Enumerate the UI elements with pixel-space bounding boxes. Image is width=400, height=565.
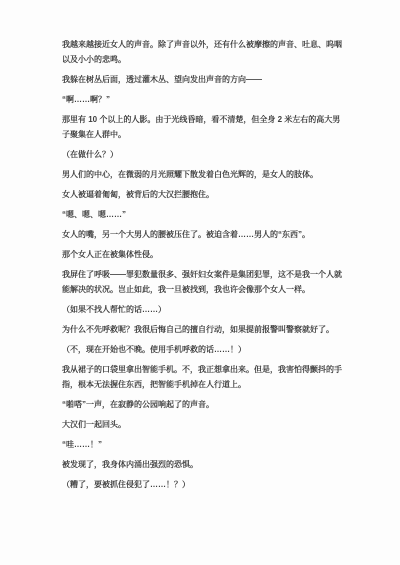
paragraph-16: “啪嗒”一声，在寂静的公园响起了的声音。 xyxy=(62,397,352,412)
text-line: 我越来越接近女人的声音。除了声音以外，还有什么被摩擦的声音、吐息、呜咽 xyxy=(62,40,342,49)
text-line: 女人被逼着匍匐，被背后的大汉拦腰抱住。 xyxy=(62,190,214,199)
paragraph-14-inner-thought: （不，现在开始也不晚。使用手机呼救的话……！） xyxy=(62,342,352,357)
text-line: 那里有 10 个以上的人影。由于光线昏暗，看不清楚，但全身 2 米左右的高大男 xyxy=(62,115,340,124)
text-line: 子聚集在人群中。 xyxy=(62,130,126,139)
paragraph-13: 为什么不先呼救呢？我很后悔自己的擅自行动，如果提前报警叫警察就好了。 xyxy=(62,322,352,337)
paragraph-5-inner-thought: （在做什么？） xyxy=(62,147,352,162)
paragraph-1: 我越来越接近女人的声音。除了声音以外，还有什么被摩擦的声音、吐息、呜咽 以及小小… xyxy=(62,37,352,67)
text-line: （如果不找人帮忙的话……） xyxy=(62,305,166,314)
paragraph-6: 男人们的中心，在微弱的月光照耀下散发着白色光辉的，是女人的肢体。 xyxy=(62,167,352,182)
paragraph-3-dialogue: “啊……啊？” xyxy=(62,92,352,107)
text-line: “嗯、嗯、嗯……” xyxy=(62,210,126,219)
paragraph-4: 那里有 10 个以上的人影。由于光线昏暗，看不清楚，但全身 2 米左右的高大男 … xyxy=(62,112,352,142)
text-line: 以及小小的悲鸣。 xyxy=(62,55,126,64)
text-line: “啊……啊？” xyxy=(62,95,110,104)
paragraph-15: 我从裙子的口袋里拿出智能手机。不，我正想拿出来。但是，我害怕得颤抖的手 指，根本… xyxy=(62,362,352,392)
novel-reader-page: 我越来越接近女人的声音。除了声音以外，还有什么被摩擦的声音、吐息、呜咽 以及小小… xyxy=(0,0,400,565)
paragraph-19: 被发现了，我身体内涌出强烈的恐惧。 xyxy=(62,457,352,472)
text-line: 能解决的状况。岂止如此，我一旦被找到，我也许会像那个女人一样。 xyxy=(62,285,310,294)
paragraph-20-inner-thought: （糟了，要被抓住侵犯了……！？） xyxy=(62,477,352,492)
text-line: 女人的嘴，另一个大男人的腰被压住了。被迫含着……男人的“东西”。 xyxy=(62,230,310,239)
novel-text-body: 我越来越接近女人的声音。除了声音以外，还有什么被摩擦的声音、吐息、呜咽 以及小小… xyxy=(62,37,352,497)
text-line: 那个女人正在被集体性侵。 xyxy=(62,250,158,259)
text-line: “啪嗒”一声，在寂静的公园响起了的声音。 xyxy=(62,400,214,409)
paragraph-10: 那个女人正在被集体性侵。 xyxy=(62,247,352,262)
paragraph-12-inner-thought: （如果不找人帮忙的话……） xyxy=(62,302,352,317)
text-line: 大汉们一起回头。 xyxy=(62,420,126,429)
text-line: 我屏住了呼吸——罪犯数量很多、强奸妇女案件是集团犯罪，这不是我一个人就 xyxy=(62,270,342,279)
text-line: （在做什么？） xyxy=(62,150,118,159)
text-line: 我躲在树丛后面，透过灌木丛、望向发出声音的方向—— xyxy=(62,75,262,84)
text-line: （糟了，要被抓住侵犯了……！？） xyxy=(62,480,190,489)
paragraph-17: 大汉们一起回头。 xyxy=(62,417,352,432)
text-line: 男人们的中心，在微弱的月光照耀下散发着白色光辉的，是女人的肢体。 xyxy=(62,170,318,179)
text-line: 指，根本无法握住东西，把智能手机掉在人行道上。 xyxy=(62,380,246,389)
paragraph-7: 女人被逼着匍匐，被背后的大汉拦腰抱住。 xyxy=(62,187,352,202)
text-line: （不，现在开始也不晚。使用手机呼救的话……！） xyxy=(62,345,246,354)
text-line: 被发现了，我身体内涌出强烈的恐惧。 xyxy=(62,460,198,469)
paragraph-11: 我屏住了呼吸——罪犯数量很多、强奸妇女案件是集团犯罪，这不是我一个人就 能解决的… xyxy=(62,267,352,297)
text-line: “哇……！” xyxy=(62,440,102,449)
paragraph-2: 我躲在树丛后面，透过灌木丛、望向发出声音的方向—— xyxy=(62,72,352,87)
paragraph-18-dialogue: “哇……！” xyxy=(62,437,352,452)
text-line: 为什么不先呼救呢？我很后悔自己的擅自行动，如果提前报警叫警察就好了。 xyxy=(62,325,334,334)
paragraph-9: 女人的嘴，另一个大男人的腰被压住了。被迫含着……男人的“东西”。 xyxy=(62,227,352,242)
paragraph-8-dialogue: “嗯、嗯、嗯……” xyxy=(62,207,352,222)
text-line: 我从裙子的口袋里拿出智能手机。不，我正想拿出来。但是，我害怕得颤抖的手 xyxy=(62,365,342,374)
